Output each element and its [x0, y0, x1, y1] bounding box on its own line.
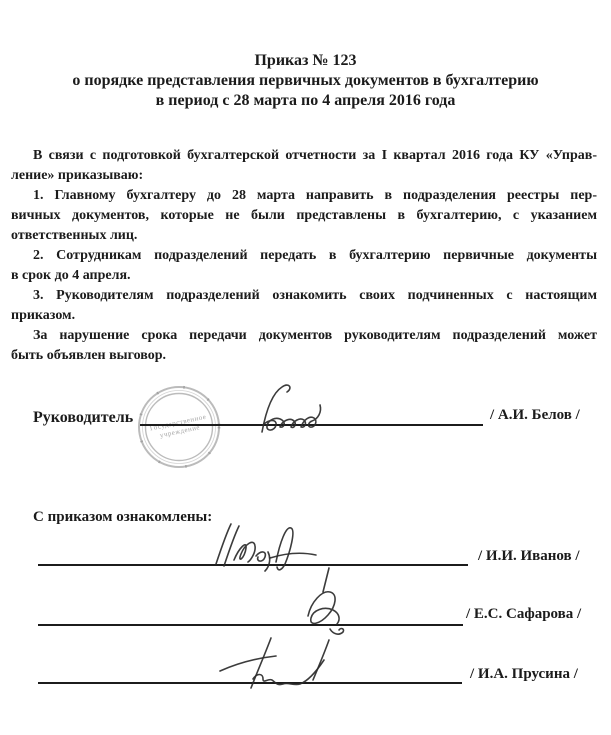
- body-line: За нарушение срока передачи документов р…: [11, 326, 597, 346]
- official-stamp: Государственное учреждение: [135, 383, 223, 471]
- acknowledged-name: / И.И. Иванов /: [478, 548, 580, 565]
- body-line: ответственных лиц.: [11, 226, 597, 246]
- body-line: В связи с подготовкой бухгалтерской отче…: [11, 146, 597, 166]
- title-line-3: в период с 28 марта по 4 апреля 2016 год…: [0, 91, 611, 111]
- signature-line-safarova: [38, 624, 463, 626]
- title-line-1: Приказ № 123: [0, 51, 611, 71]
- body-line: ление» приказываю:: [11, 166, 597, 186]
- signature-ivanov: [210, 518, 320, 572]
- signature-safarova: [296, 566, 360, 642]
- document-page: Приказ № 123 о порядке представления пер…: [0, 0, 611, 735]
- acknowledged-name: / И.А. Прусина /: [470, 666, 578, 683]
- signature-belov: [252, 382, 344, 438]
- body-line: 3. Руководителям подразделений ознакомит…: [11, 286, 597, 306]
- body-line: приказом.: [11, 306, 597, 326]
- signature-prusina: [216, 634, 338, 692]
- body-line: вичных документов, которые не были предс…: [11, 206, 597, 226]
- document-body: В связи с подготовкой бухгалтерской отче…: [11, 146, 597, 366]
- body-line: в срок до 4 апреля.: [11, 266, 597, 286]
- title-line-2: о порядке представления первичных докуме…: [0, 71, 611, 91]
- document-title: Приказ № 123 о порядке представления пер…: [0, 51, 611, 111]
- role-label: Руководитель: [33, 409, 133, 427]
- body-line: 1. Главному бухгалтеру до 28 марта напра…: [11, 186, 597, 206]
- acknowledged-name: / Е.С. Сафарова /: [466, 606, 581, 623]
- body-line: 2. Сотрудникам подразделений передать в …: [11, 246, 597, 266]
- leader-name: / А.И. Белов /: [490, 407, 580, 424]
- body-line: быть объявлен выговор.: [11, 346, 597, 366]
- acknowledgement-heading: С приказом ознакомлены:: [33, 509, 212, 526]
